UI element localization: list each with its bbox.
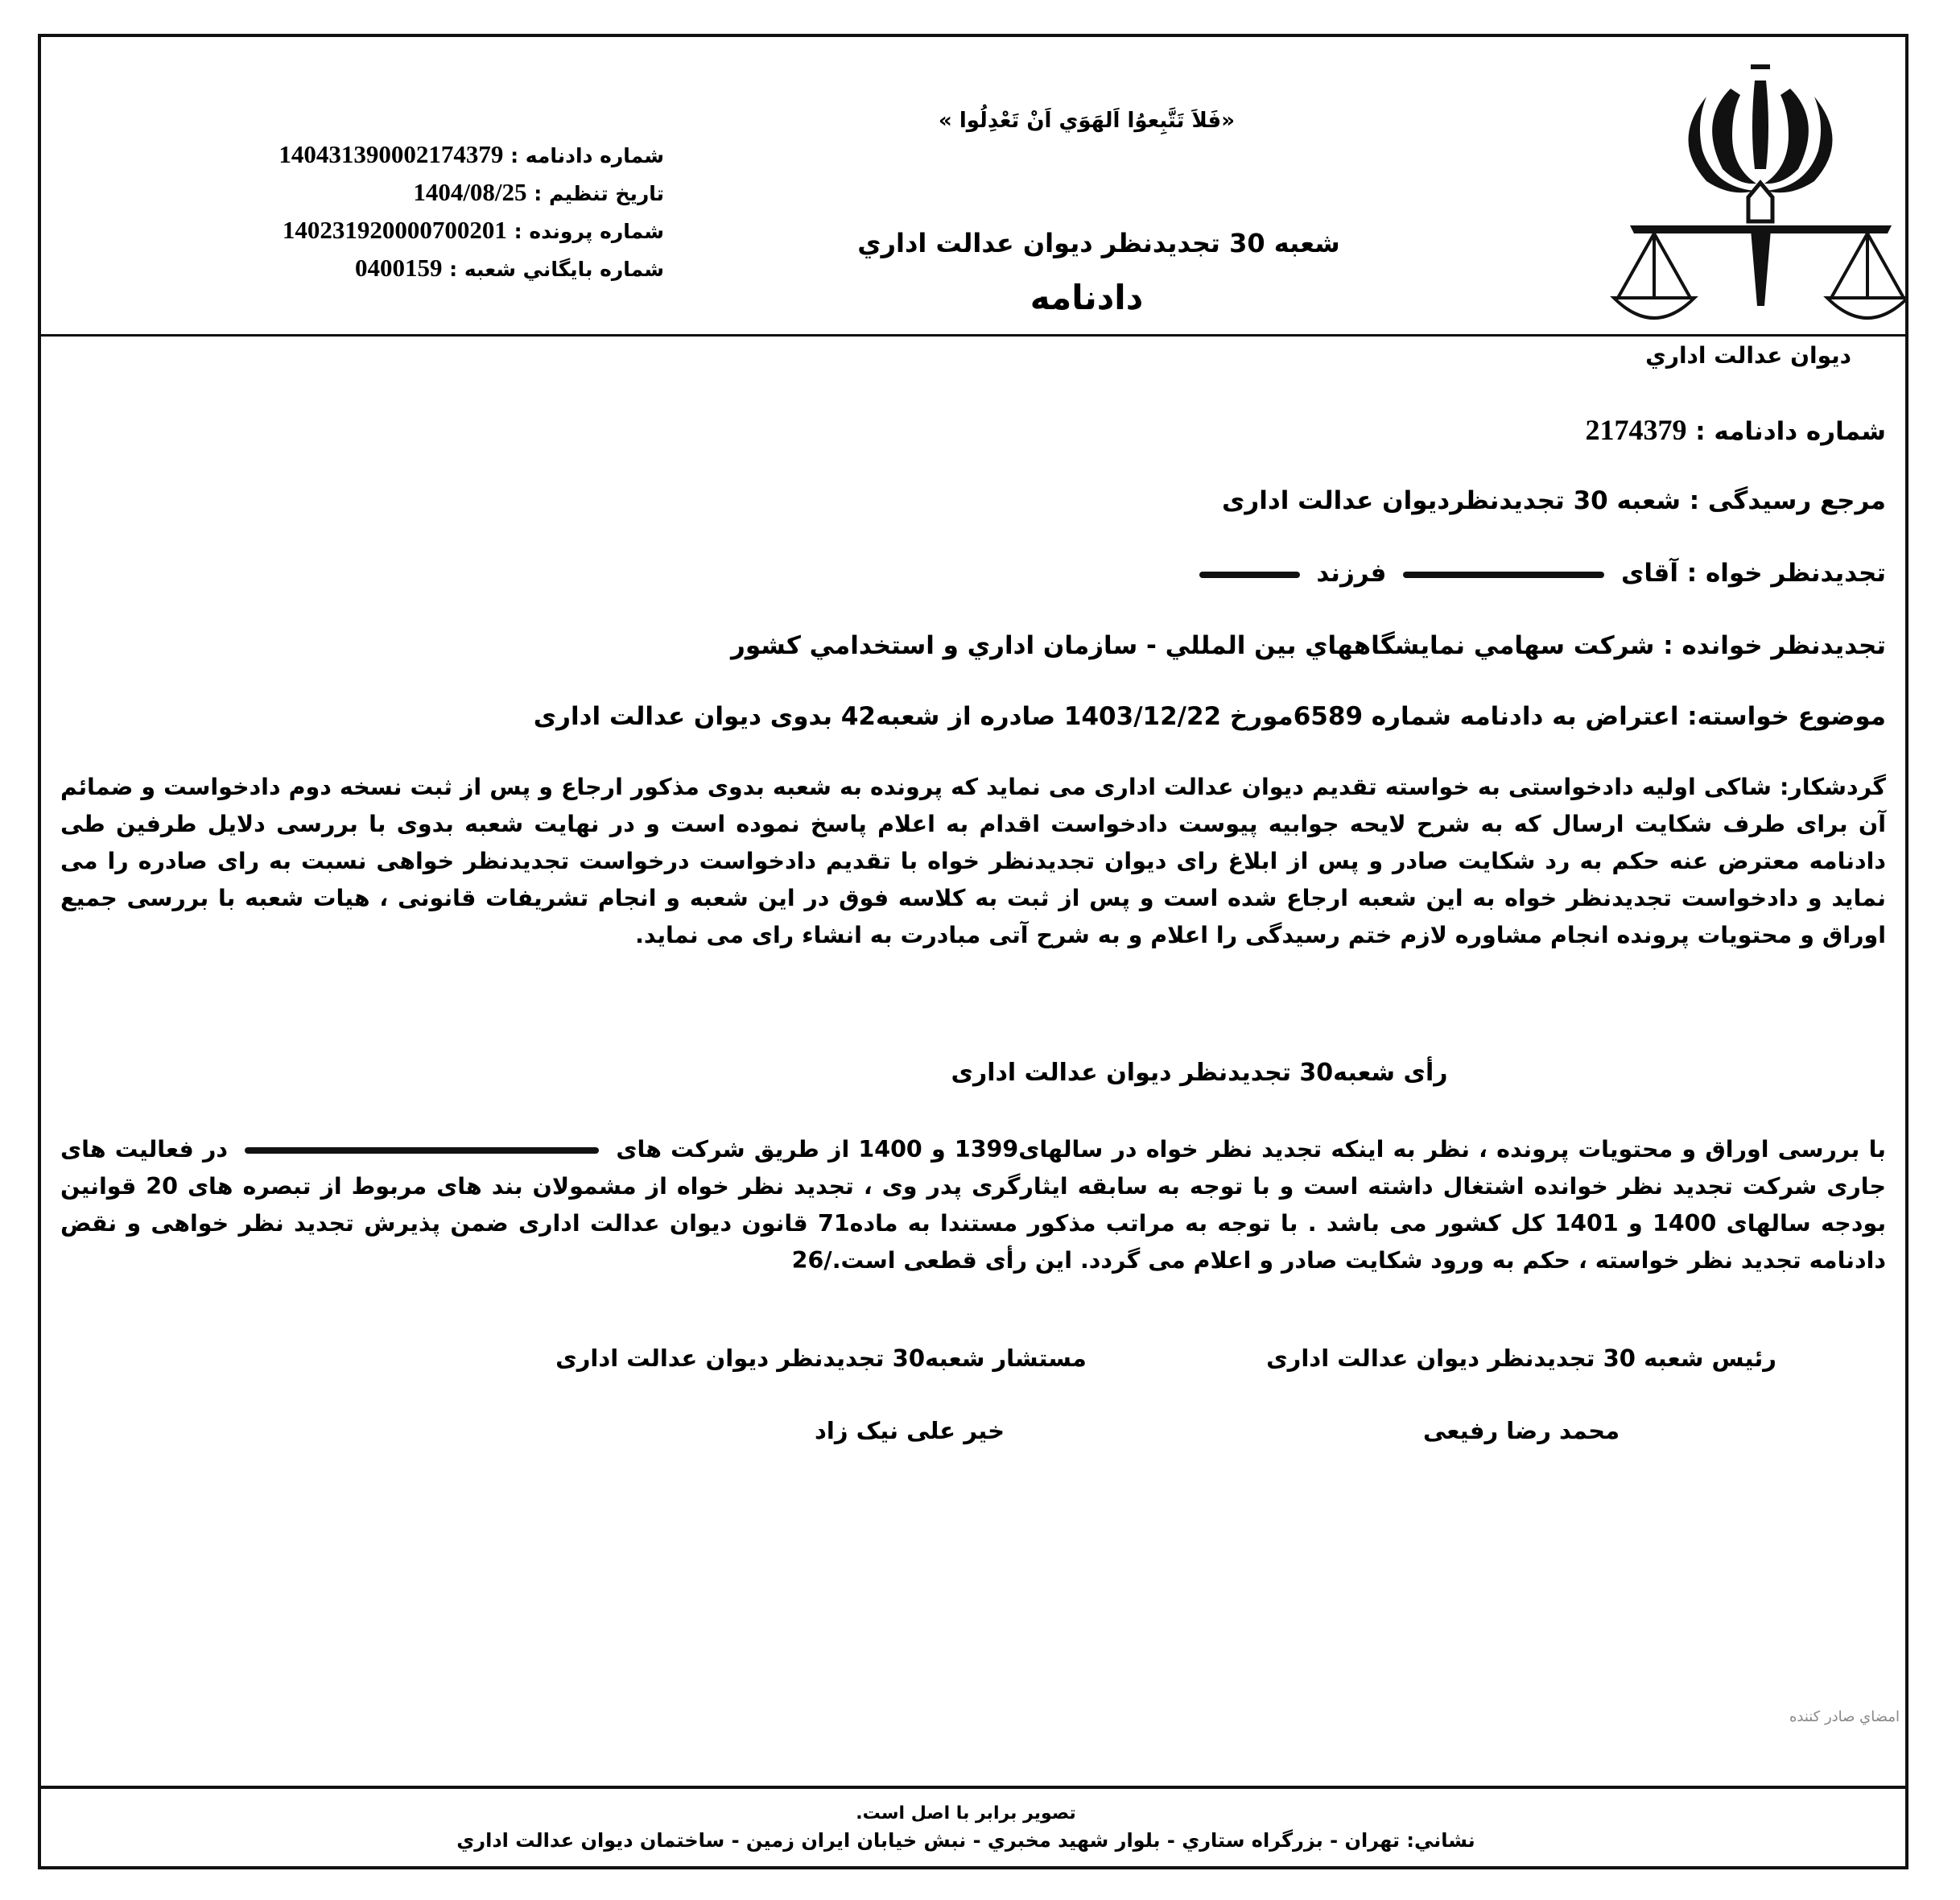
signature-name-counsel: خير علی نيک زاد [773, 1417, 1046, 1444]
meta-case-number: شماره پرونده : 140231920000700201 [197, 211, 664, 249]
footer-divider [38, 1786, 1905, 1789]
meta-issue-date: تاريخ تنظيم : 1404/08/25 [197, 173, 664, 211]
footer-address: نشاني: تهران - بزرگراه ستاري - بلوار شهي… [370, 1829, 1562, 1852]
meta-verdict-number: شماره دادنامه : 140431390002174379 [197, 135, 664, 173]
proceedings-paragraph: گردشکار: شاکی اوليه دادخواستی به خواسته … [60, 769, 1886, 954]
issuer-signature-label: امضاي صادر کننده [1642, 1708, 1900, 1725]
branch-title: شعبه 30 تجديدنظر ديوان عدالت اداري [845, 228, 1352, 258]
signature-role-head: رئيس شعبه 30 تجديدنظر ديوان عدالت اداری [1223, 1344, 1819, 1372]
emblem-caption: ديوان عدالت اداري [1578, 342, 1851, 369]
redacted-company-names [245, 1147, 599, 1154]
field-appellee: تجديدنظر خوانده : شركت سهامي نمايشگاههاي… [60, 626, 1886, 665]
header-divider [38, 334, 1905, 337]
certified-copy-note: تصوير برابر با اصل است. [724, 1803, 1207, 1824]
signature-role-counsel: مستشار شعبه30 تجديدنظر ديوان عدالت اداری [515, 1344, 1127, 1372]
field-subject: موضوع خواسته: اعتراض به دادنامه شماره 65… [60, 697, 1886, 736]
signature-name-head: محمد رضا رفيعی [1384, 1417, 1658, 1444]
verdict-paragraph: با بررسی اوراق و محتويات پرونده ، نظر به… [60, 1131, 1886, 1279]
verdict-title: رأی شعبه30 تجديدنظر ديوان عدالت اداری [926, 1059, 1473, 1087]
header-verse: «فَلاَ تَتَّبِعوُا اَلهَوَي اَنْ تَعْدِل… [918, 109, 1256, 133]
document-title: دادنامه [926, 278, 1248, 317]
field-appellant: تجديدنظر خواه : آقای فرزند [60, 554, 1886, 593]
meta-archive-number: شماره بايگاني شعبه : 0400159 [197, 249, 664, 287]
redacted-father-name [1199, 572, 1300, 578]
header-meta: شماره دادنامه : 140431390002174379 تاريخ… [197, 135, 664, 287]
field-authority: مرجع رسيدگی : شعبه 30 تجديدنظرديوان عدال… [60, 481, 1886, 520]
field-verdict-number: شماره دادنامه : 2174379 [60, 411, 1886, 451]
court-emblem-icon [1610, 64, 1908, 330]
redacted-name [1403, 572, 1604, 578]
